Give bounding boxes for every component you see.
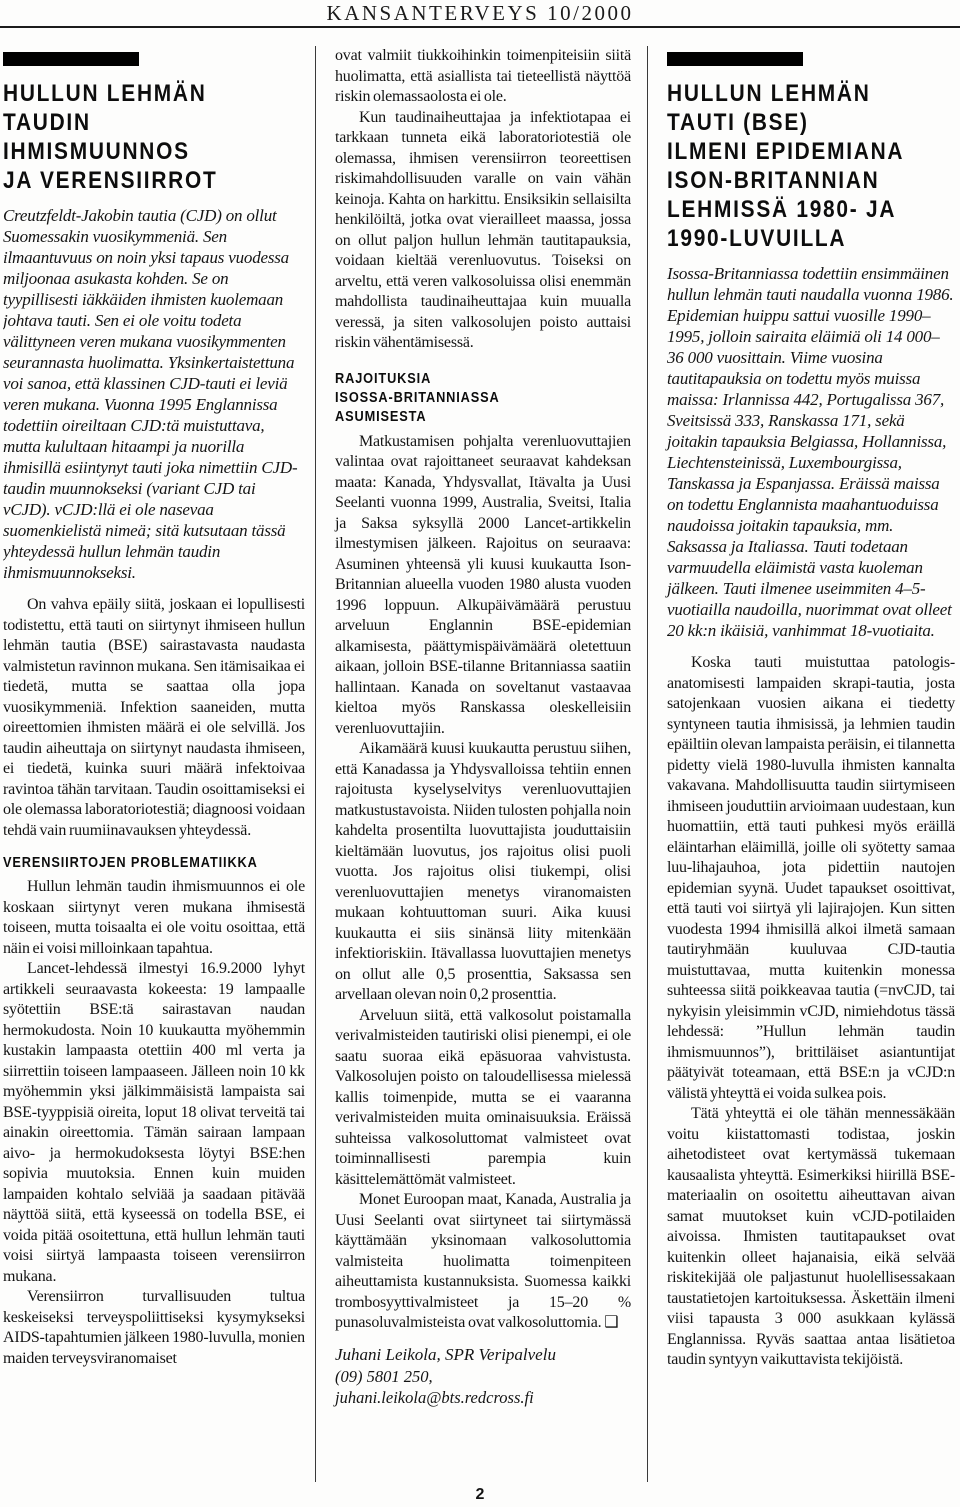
column-middle: ovat valmiit tiukkoihinkin toimenpiteisi… bbox=[316, 46, 648, 1482]
article-lead-left: Creutzfeldt-Jakobin tautia (CJD) on ollu… bbox=[3, 205, 305, 583]
magazine-page: KANSANTERVEYS 10/2000 HULLUN LEHMÄN TAUD… bbox=[0, 0, 960, 1507]
section-marker-bar-right bbox=[667, 52, 803, 66]
paragraph-middle-5: Monet Euroopan maat, Kanada, Australia j… bbox=[335, 1190, 631, 1334]
paragraph-left-1: Hullun lehmän taudin ihmismuunnos ei ole… bbox=[3, 877, 305, 959]
masthead-title: KANSANTERVEYS 10/2000 bbox=[0, 1, 960, 26]
page-number: 2 bbox=[0, 1486, 960, 1504]
article-title-left: HULLUN LEHMÄN TAUDIN IHMISMUUNNOS JA VER… bbox=[3, 79, 305, 195]
paragraph-middle-continuation: ovat valmiit tiukkoihinkin toimenpiteisi… bbox=[335, 46, 631, 108]
section-marker-bar-left bbox=[3, 52, 139, 66]
paragraph-left-3: Verensiirron turvallisuuden tultua keske… bbox=[3, 1287, 305, 1369]
contact-line: (09) 5801 250, juhani.leikola@bts.redcro… bbox=[335, 1366, 631, 1408]
column-right: HULLUN LEHMÄN TAUTI (BSE) ILMENI EPIDEMI… bbox=[648, 46, 957, 1482]
paragraph-right-1: Koska tauti muistuttaa patologis-anatomi… bbox=[667, 653, 955, 1104]
article-lead-right: Isossa-Britanniassa todettiin ensimmäine… bbox=[667, 263, 955, 641]
columns-container: HULLUN LEHMÄN TAUDIN IHMISMUUNNOS JA VER… bbox=[3, 46, 957, 1482]
paragraph-middle-3: Aikamäärä kuusi kuukautta perustuu siihe… bbox=[335, 739, 631, 1006]
masthead-rule bbox=[0, 26, 960, 28]
article-title-right: HULLUN LEHMÄN TAUTI (BSE) ILMENI EPIDEMI… bbox=[667, 79, 955, 253]
paragraph-right-2: Tätä yhteyttä ei ole tähän mennessäkään … bbox=[667, 1104, 955, 1371]
paragraph-middle-4: Arveluun siitä, että valkosolut poistama… bbox=[335, 1006, 631, 1191]
paragraph-left-intro: On vahva epäily siitä, joskaan ei lopull… bbox=[3, 595, 305, 841]
paragraph-middle-1: Kun taudinaiheuttajaa ja infektiotapaa e… bbox=[335, 108, 631, 354]
subhead-middle: RAJOITUKSIA ISOSSA-BRITANNIASSA ASUMISES… bbox=[335, 370, 635, 427]
paragraph-middle-2: Matkustamisen pohjalta verenluovuttajien… bbox=[335, 432, 631, 740]
paragraph-left-2: Lancet-lehdessä ilmestyi 16.9.2000 lyhyt… bbox=[3, 959, 305, 1287]
column-left: HULLUN LEHMÄN TAUDIN IHMISMUUNNOS JA VER… bbox=[3, 46, 316, 1482]
subhead-left: VERENSIIRTOJEN PROBLEMATIIKKA bbox=[3, 854, 309, 873]
author-line: Juhani Leikola, SPR Veripalvelu bbox=[335, 1344, 631, 1365]
